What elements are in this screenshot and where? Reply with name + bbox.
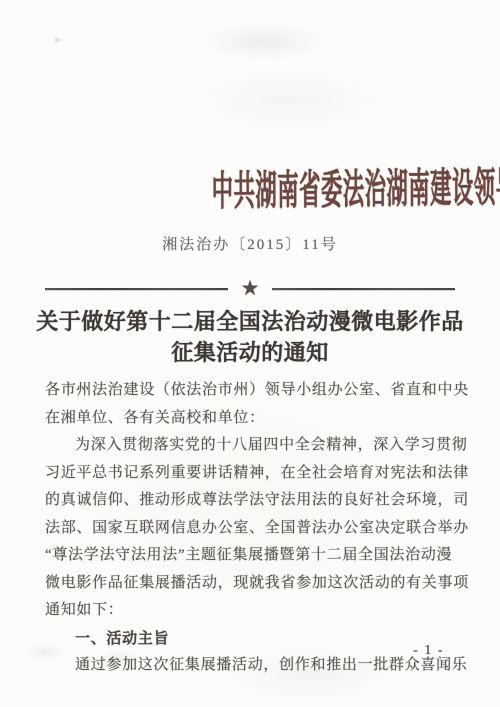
document-title-line1: 关于做好第十二届全国法治动漫微电影作品	[0, 306, 500, 337]
header-separator: ★	[45, 279, 455, 299]
document-header-title: 中共湖南省委法治湖南建设领导小组办公室文件	[212, 152, 500, 217]
body-line: 习近平总书记系列重要讲话精神，在全社会培育对宪法和法律	[45, 460, 457, 488]
body-line: 微电影作品征集展播活动，现就我省参加这次活动的有关事项	[45, 570, 457, 598]
body-line: 为深入贯彻落实党的十八届四中全会精神，深入学习贯彻	[45, 432, 457, 460]
star-icon: ★	[241, 278, 260, 299]
document-title-line2: 征集活动的通知	[0, 337, 500, 368]
body-line: 在湘单位、各有关高校和单位：	[45, 405, 457, 433]
document-header-banner: 中共湖南省委法治湖南建设领导小组办公室文件	[0, 155, 500, 214]
body-line: 通知如下：	[45, 597, 457, 625]
body-line: 法部、国家互联网信息办公室、全国普法办公室决定联合举办	[45, 515, 457, 543]
body-line: 各市州法治建设（依法治市州）领导小组办公室、省直和中央	[45, 377, 457, 405]
body-line: 一、活动主旨	[45, 625, 457, 653]
document-body: 各市州法治建设（依法治市州）领导小组办公室、省直和中央在湘单位、各有关高校和单位…	[45, 377, 457, 680]
body-line: 的真诚信仰、推动形成尊法学法守法用法的良好社会环境，司	[45, 487, 457, 515]
separator-rule-right	[272, 288, 455, 290]
document-title: 关于做好第十二届全国法治动漫微电影作品 征集活动的通知	[0, 306, 500, 368]
separator-rule-left	[45, 288, 228, 290]
scanned-document-page: 中共湖南省委法治湖南建设领导小组办公室文件 湘法治办〔2015〕11号 ★ 关于…	[0, 0, 500, 707]
page-number: - 1 -	[413, 643, 444, 659]
body-line: 通过参加这次征集展播活动，创作和推出一批群众喜闻乐	[45, 652, 457, 680]
document-number: 湘法治办〔2015〕11号	[0, 233, 500, 254]
body-line: “尊法学法守法用法”主题征集展播暨第十二届全国法治动漫	[45, 542, 457, 570]
